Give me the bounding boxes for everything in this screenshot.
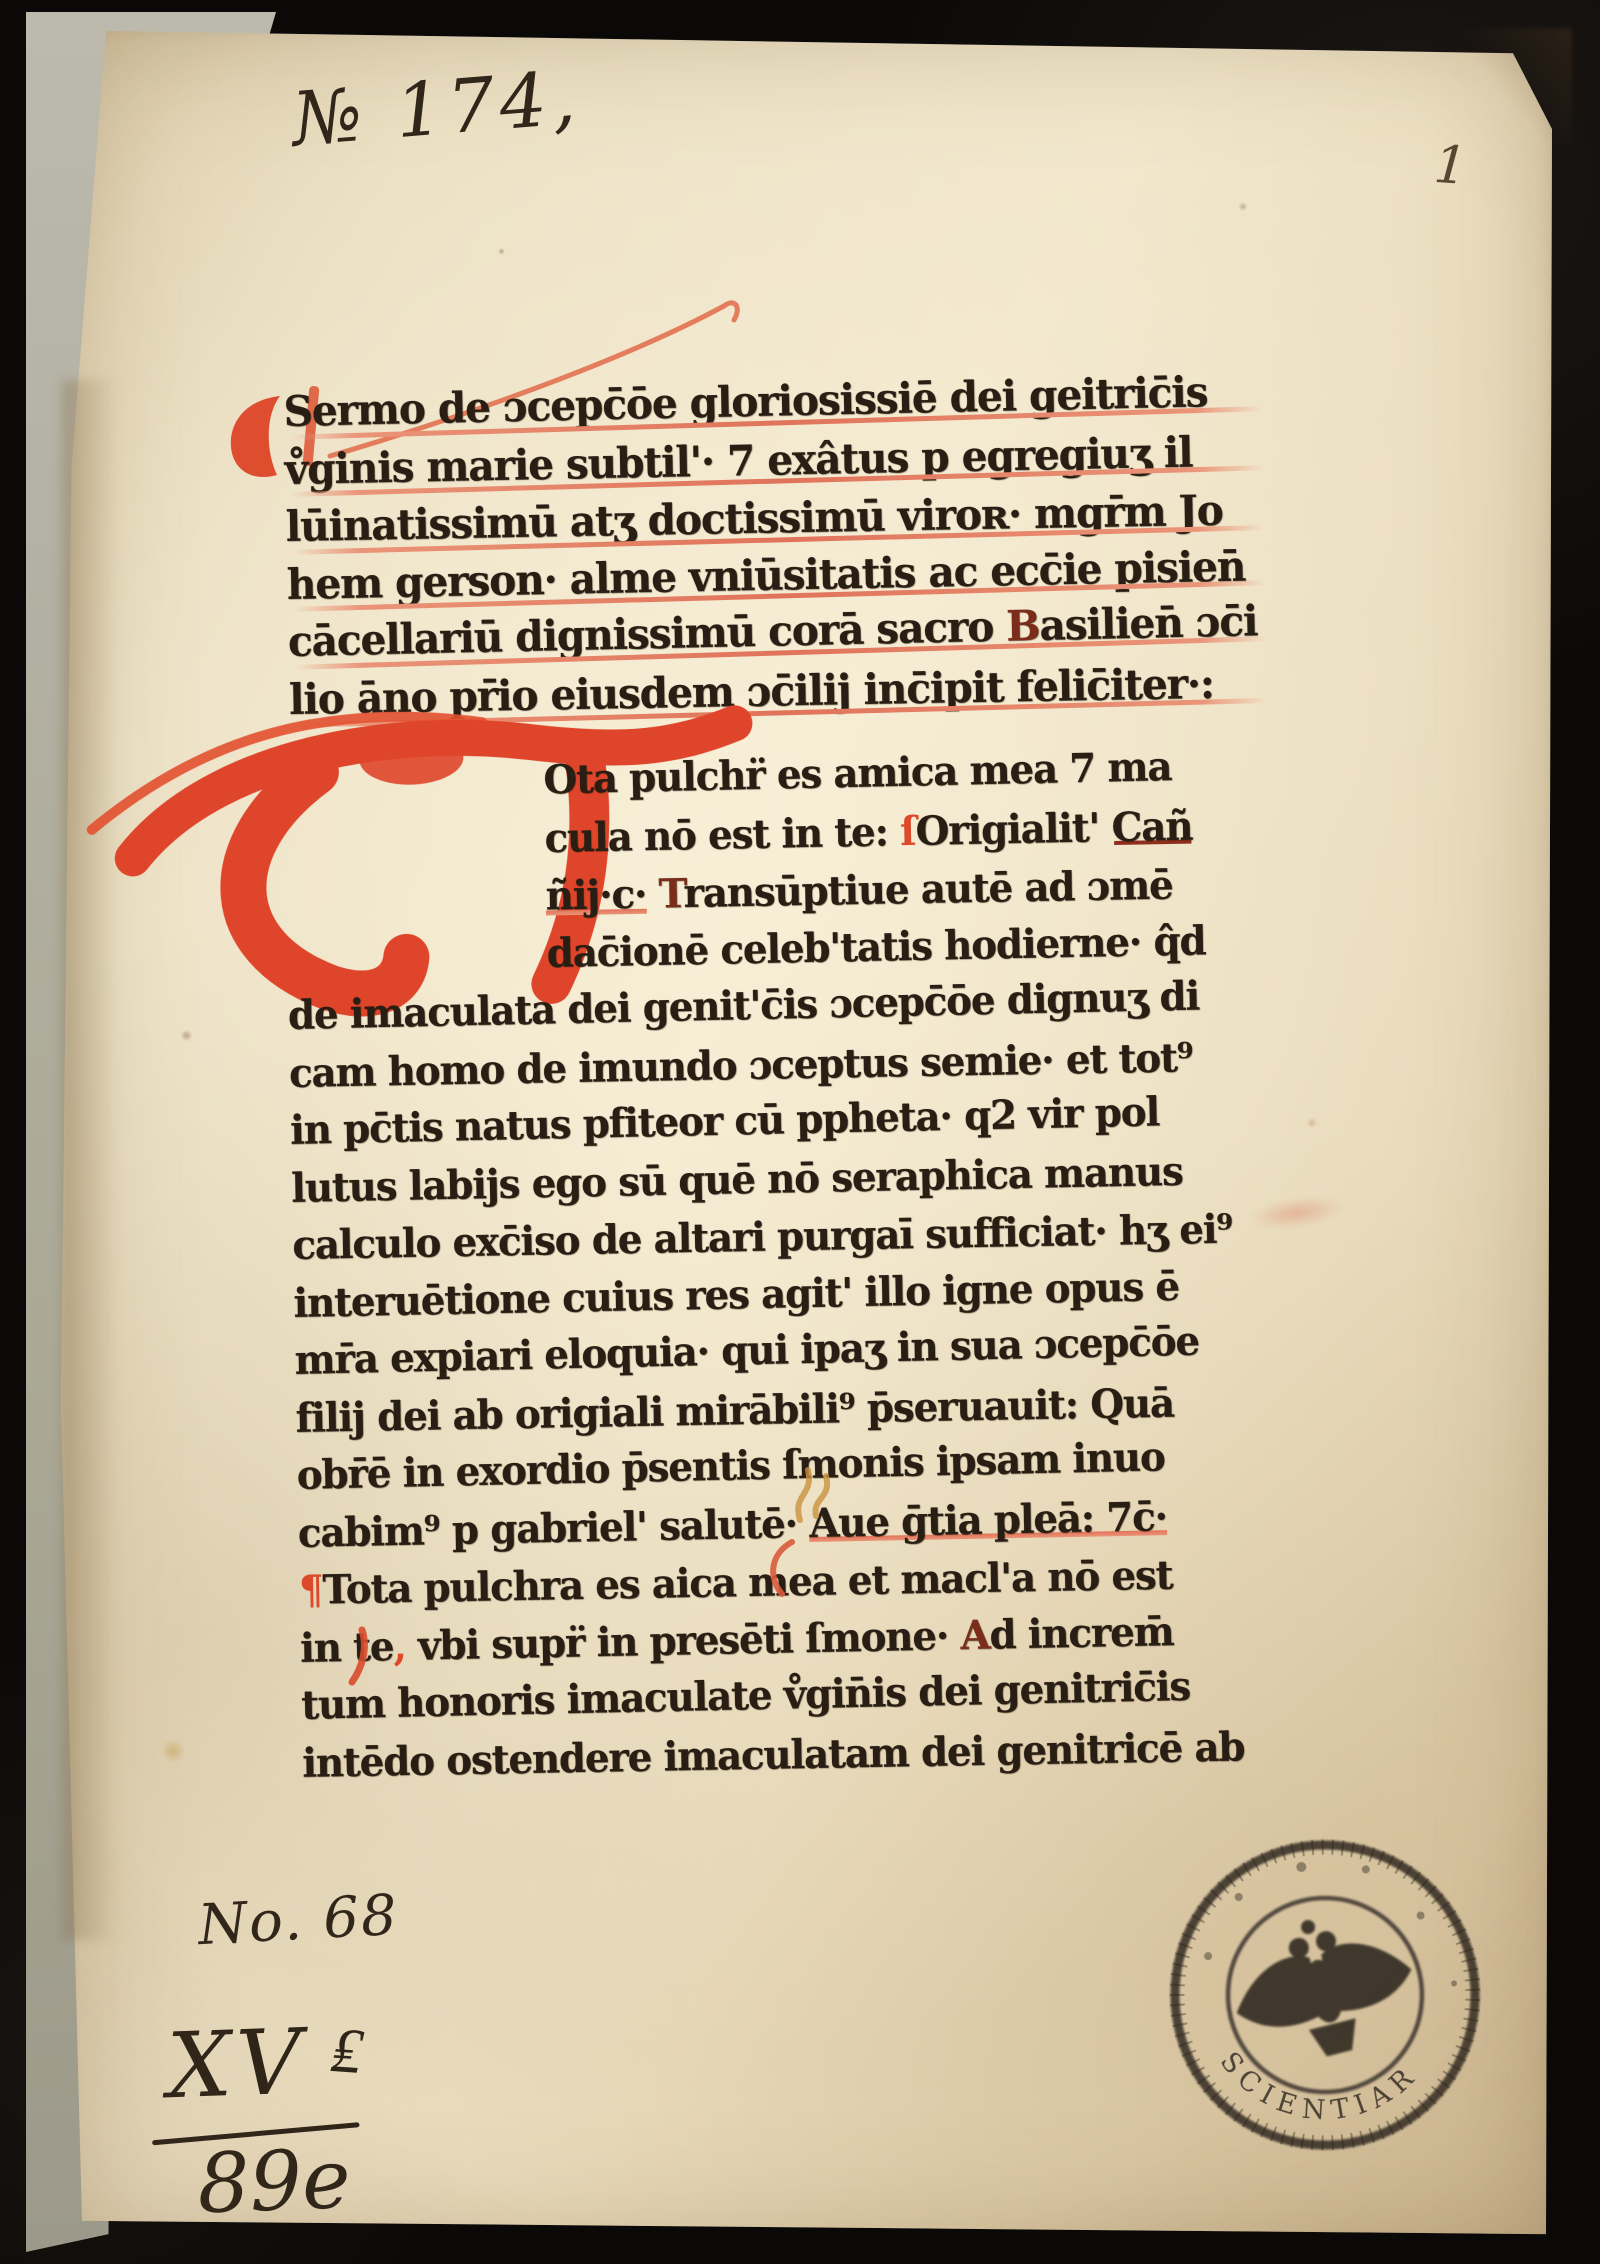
rubricated-text: , [393, 1622, 406, 1669]
red-comma-mark [346, 1624, 374, 1688]
shelfmark-bottom-value: 89e [196, 2132, 352, 2232]
printed-text [646, 870, 659, 917]
manuscript-scan: № 174, 1 Sermo de ɔcepc̄ōe gloriosissiē … [0, 0, 1600, 2264]
printed-text: asilien̄ ɔc̄i [1039, 596, 1258, 650]
rubricated-text: A [960, 1611, 990, 1659]
red-flourish-mark [760, 1536, 804, 1600]
printed-text: vbi supr̈ in presēti ſmone· [405, 1612, 961, 1670]
printed-text: cabim⁹ p gabriel' salutē· [297, 1500, 809, 1557]
amber-ink-blot [792, 1462, 848, 1528]
rubricated-text: T [658, 870, 684, 917]
printed-text: Ota pulchr̈ es amica mea 7 ma [543, 743, 1172, 803]
worn-left-edge [62, 380, 118, 1940]
shelfmark-glyph: ₤ [328, 2013, 365, 2089]
printed-text: Aue ḡtia pleā: 7c̄· [809, 1493, 1167, 1547]
printed-text: v̊ginis marie subtil'· 7 exâtus p egregi… [284, 427, 1193, 493]
handwritten-bottom-number: No. 68 [196, 1883, 400, 1958]
printed-text: dac̄ionē celeb'tatis hodierne· q̂d [546, 917, 1206, 977]
printed-text: ransūptiue autē ad ɔmē [683, 862, 1173, 918]
rubricated-text: B [1006, 601, 1040, 651]
folio-number: 1 [1432, 135, 1469, 197]
rubricated-text: ¶ [299, 1566, 323, 1613]
handwritten-shelfmark: XV ₤ 89e [148, 2013, 436, 2263]
printed-text: ñij·c· [545, 871, 646, 920]
double-eagle-emblem [1219, 1899, 1427, 2075]
printed-text: cula nō est in te: [544, 808, 900, 862]
printed-text: obr̄ē in exordio p̄sentis ſmonis ipsam i… [296, 1433, 1165, 1499]
printed-text: in pc̄tis natus pfiteor cū ppheta· q2 vi… [290, 1088, 1160, 1154]
printed-text: Origialit' [915, 804, 1112, 855]
printed-text: intēdo ostendere imaculatam dei genitric… [302, 1723, 1245, 1786]
top-right-corner-shade [1448, 28, 1572, 146]
red-pilcrow-mark [224, 390, 286, 480]
printed-text: Cañ [1111, 802, 1193, 851]
printed-text: lutus labijs ego sū quē nō seraphica man… [291, 1147, 1183, 1211]
rubricated-text: ſ [900, 807, 916, 854]
body-text: Ota pulchr̈ es amica mea 7 macula nō est… [283, 738, 1274, 1791]
shelfmark-top-value: XV [166, 2009, 309, 2119]
printed-text: d increm̄ [989, 1608, 1174, 1659]
